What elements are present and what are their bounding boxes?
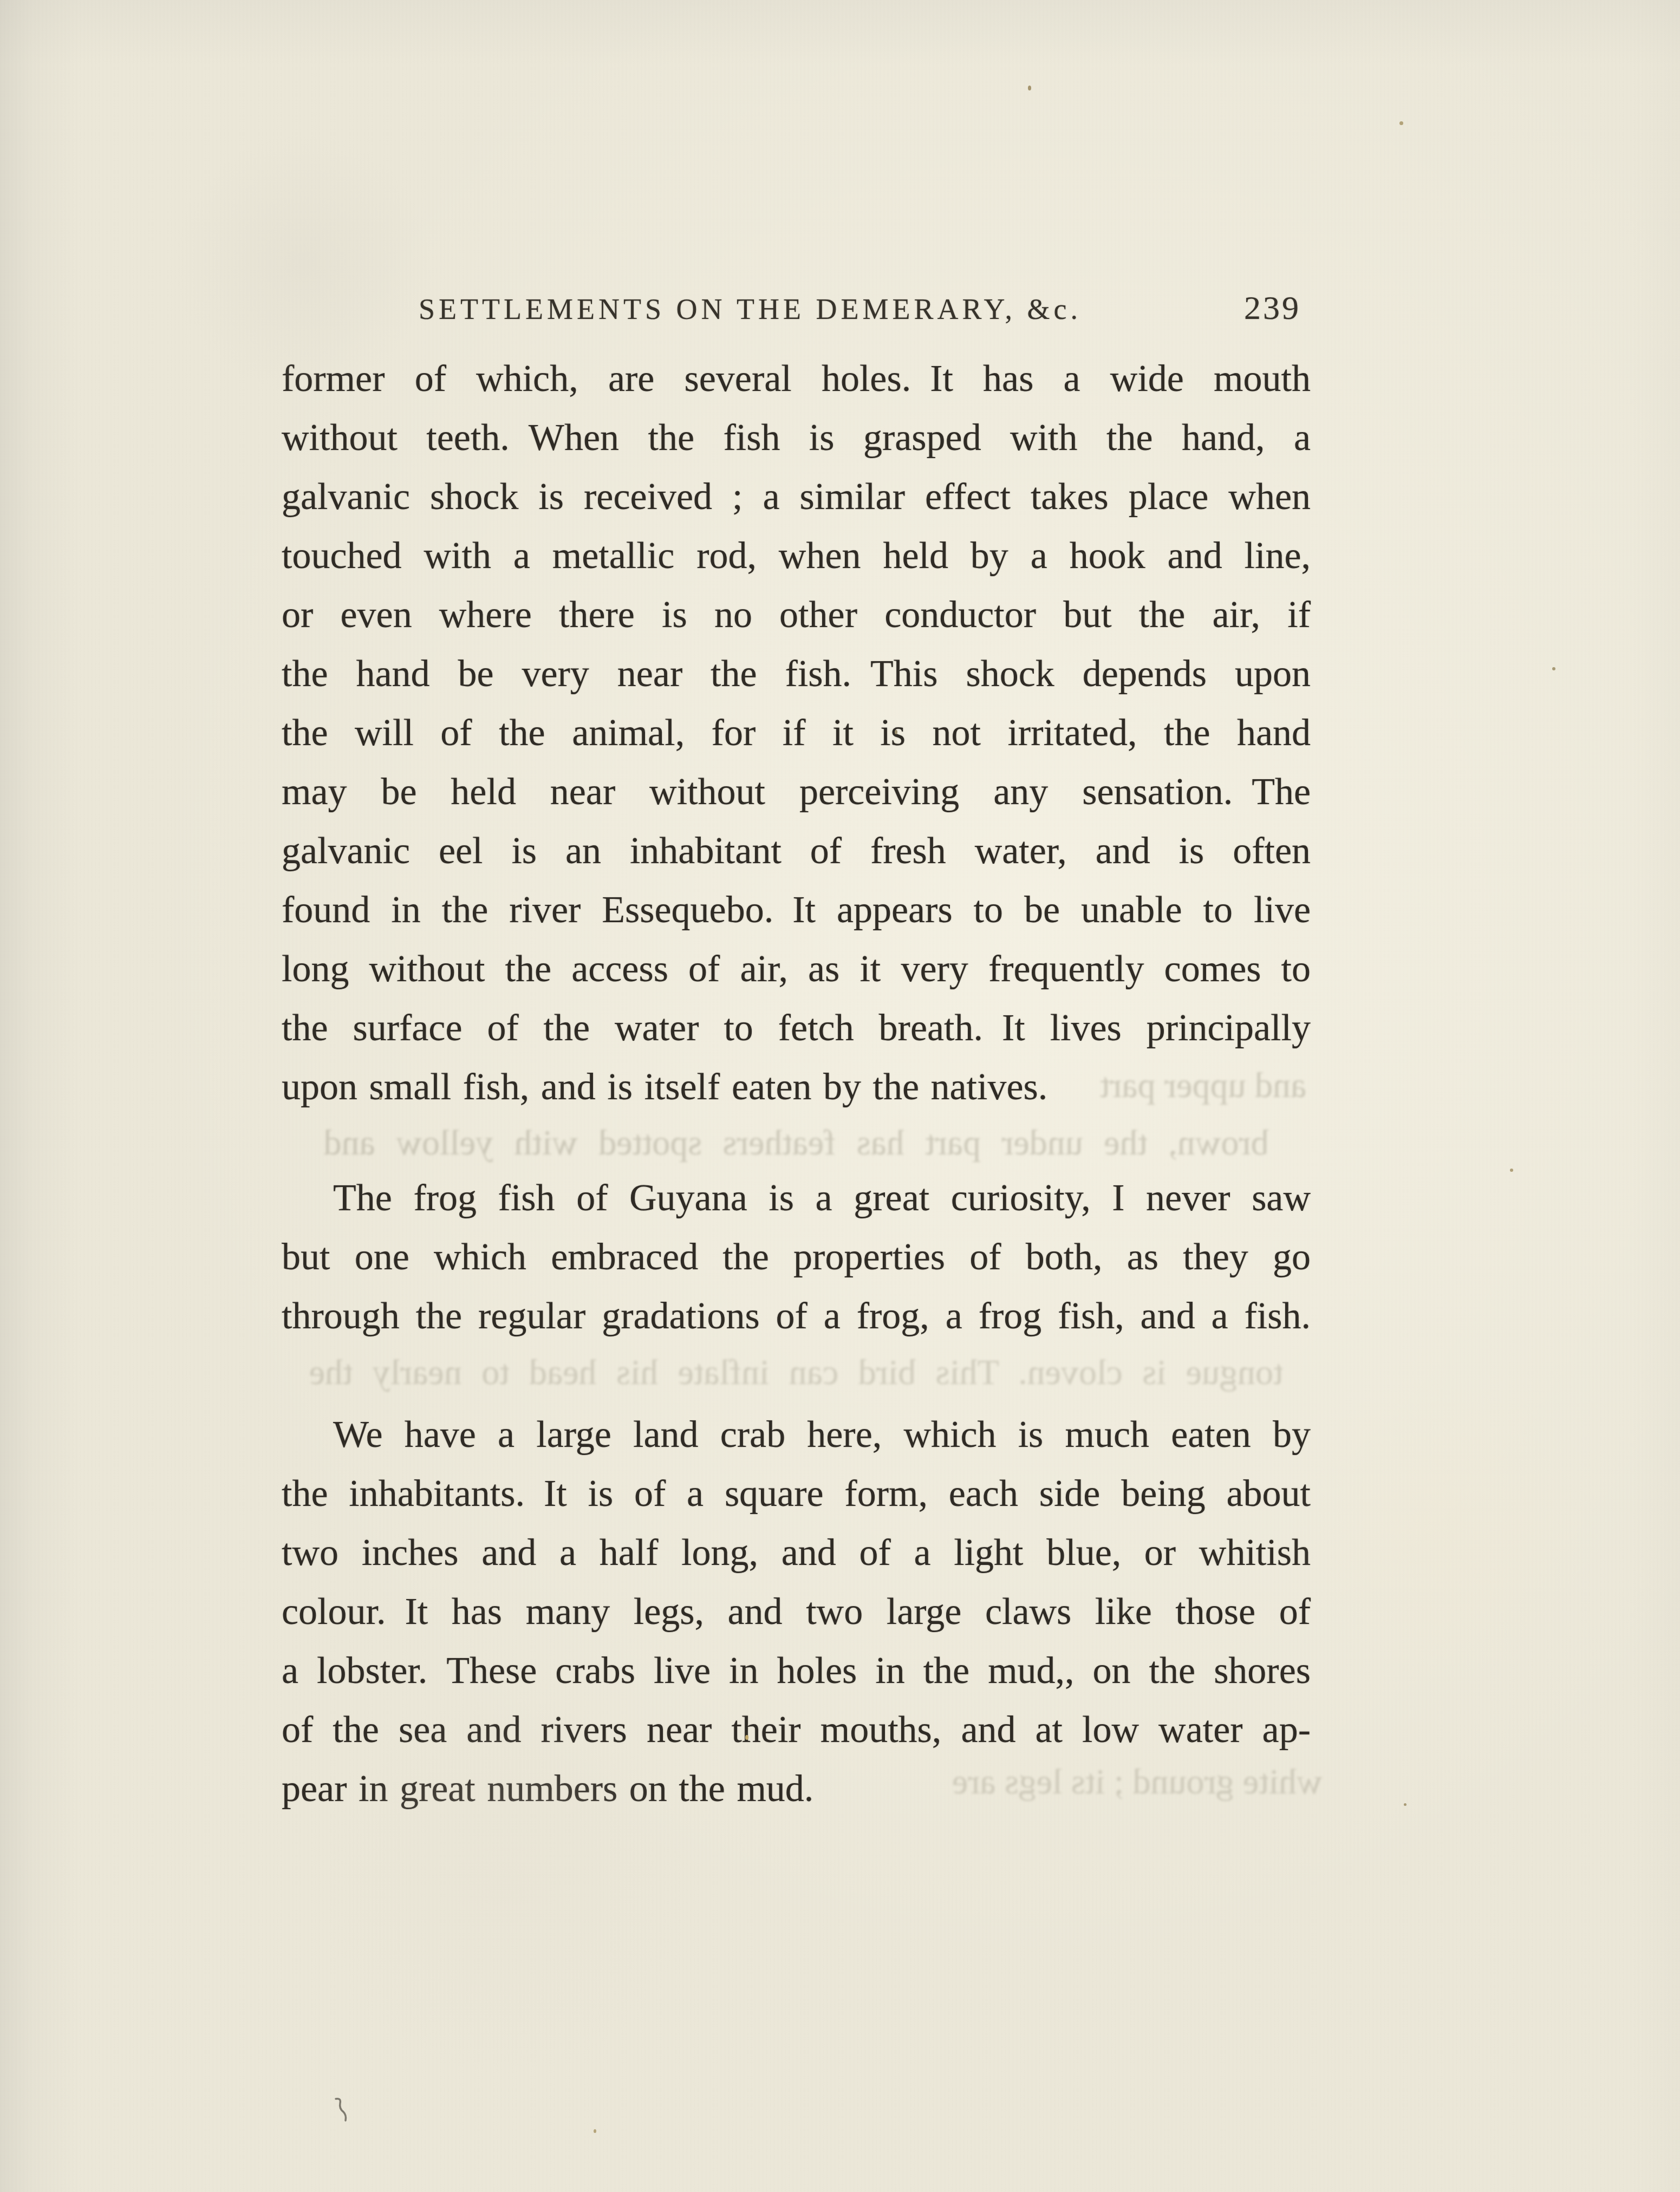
paper-speck (1404, 1803, 1406, 1806)
paragraph-frog-fish: The frog fish of Guyana is a great curio… (282, 1169, 1311, 1346)
book-page-scan: SETTLEMENTS ON THE DEMERARY, &c. 239 for… (0, 0, 1680, 2192)
bleed-through-line: brown, the under part has feathers spott… (282, 1125, 1311, 1161)
running-header: SETTLEMENTS ON THE DEMERARY, &c. 239 (282, 292, 1311, 331)
bleed-through-line: tongue is cloven. This bird can inflate … (282, 1355, 1311, 1391)
text-line: through the regular gradations of a frog… (282, 1287, 1311, 1346)
text-line: but one which embraced the properties of… (282, 1228, 1311, 1287)
bleed-through-line: white ground ; its legs are (952, 1764, 1323, 1800)
text-line: two inches and a half long, and of a lig… (282, 1523, 1311, 1582)
text-line: We have a large land crab here, which is… (282, 1405, 1311, 1464)
text-line: of the sea and rivers near their mouths,… (282, 1700, 1311, 1759)
text-line: galvanic eel is an inhabitant of fresh w… (282, 821, 1311, 880)
text-line: the hand be very near the fish. This sho… (282, 644, 1311, 703)
text-line: a lobster. These crabs live in holes in … (282, 1641, 1311, 1700)
text-line: the will of the animal, for if it is not… (282, 703, 1311, 762)
bleed-through-line: and upper part (1100, 1068, 1306, 1104)
text-line: The frog fish of Guyana is a great curio… (282, 1169, 1311, 1228)
text-line: the inhabitants. It is of a square form,… (282, 1464, 1311, 1523)
text-line: long without the access of air, as it ve… (282, 940, 1311, 999)
text-line: the surface of the water to fetch breath… (282, 999, 1311, 1058)
ink-mark (334, 2097, 355, 2124)
paragraph-galvanic-eel: former of which, are several holes. It h… (282, 349, 1311, 1117)
paper-speck (1510, 1169, 1513, 1172)
paper-speck (1399, 121, 1403, 125)
text-line: former of which, are several holes. It h… (282, 349, 1311, 408)
header-title: SETTLEMENTS ON THE DEMERARY, &c. (282, 292, 1219, 326)
text-line: touched with a metallic rod, when held b… (282, 526, 1311, 585)
text-line: or even where there is no other conducto… (282, 585, 1311, 644)
paper-speck (1552, 667, 1555, 670)
text-line: without teeth. When the fish is grasped … (282, 408, 1311, 467)
page-number: 239 (1244, 289, 1301, 328)
text-line: may be held near without perceiving any … (282, 762, 1311, 821)
paper-speck (594, 2129, 596, 2133)
paper-speck (1028, 86, 1031, 90)
text-line: colour. It has many legs, and two large … (282, 1582, 1311, 1641)
text-line: galvanic shock is received ; a similar e… (282, 467, 1311, 526)
text-line: found in the river Essequebo. It appears… (282, 880, 1311, 940)
paragraph-land-crab: We have a large land crab here, which is… (282, 1405, 1311, 1818)
